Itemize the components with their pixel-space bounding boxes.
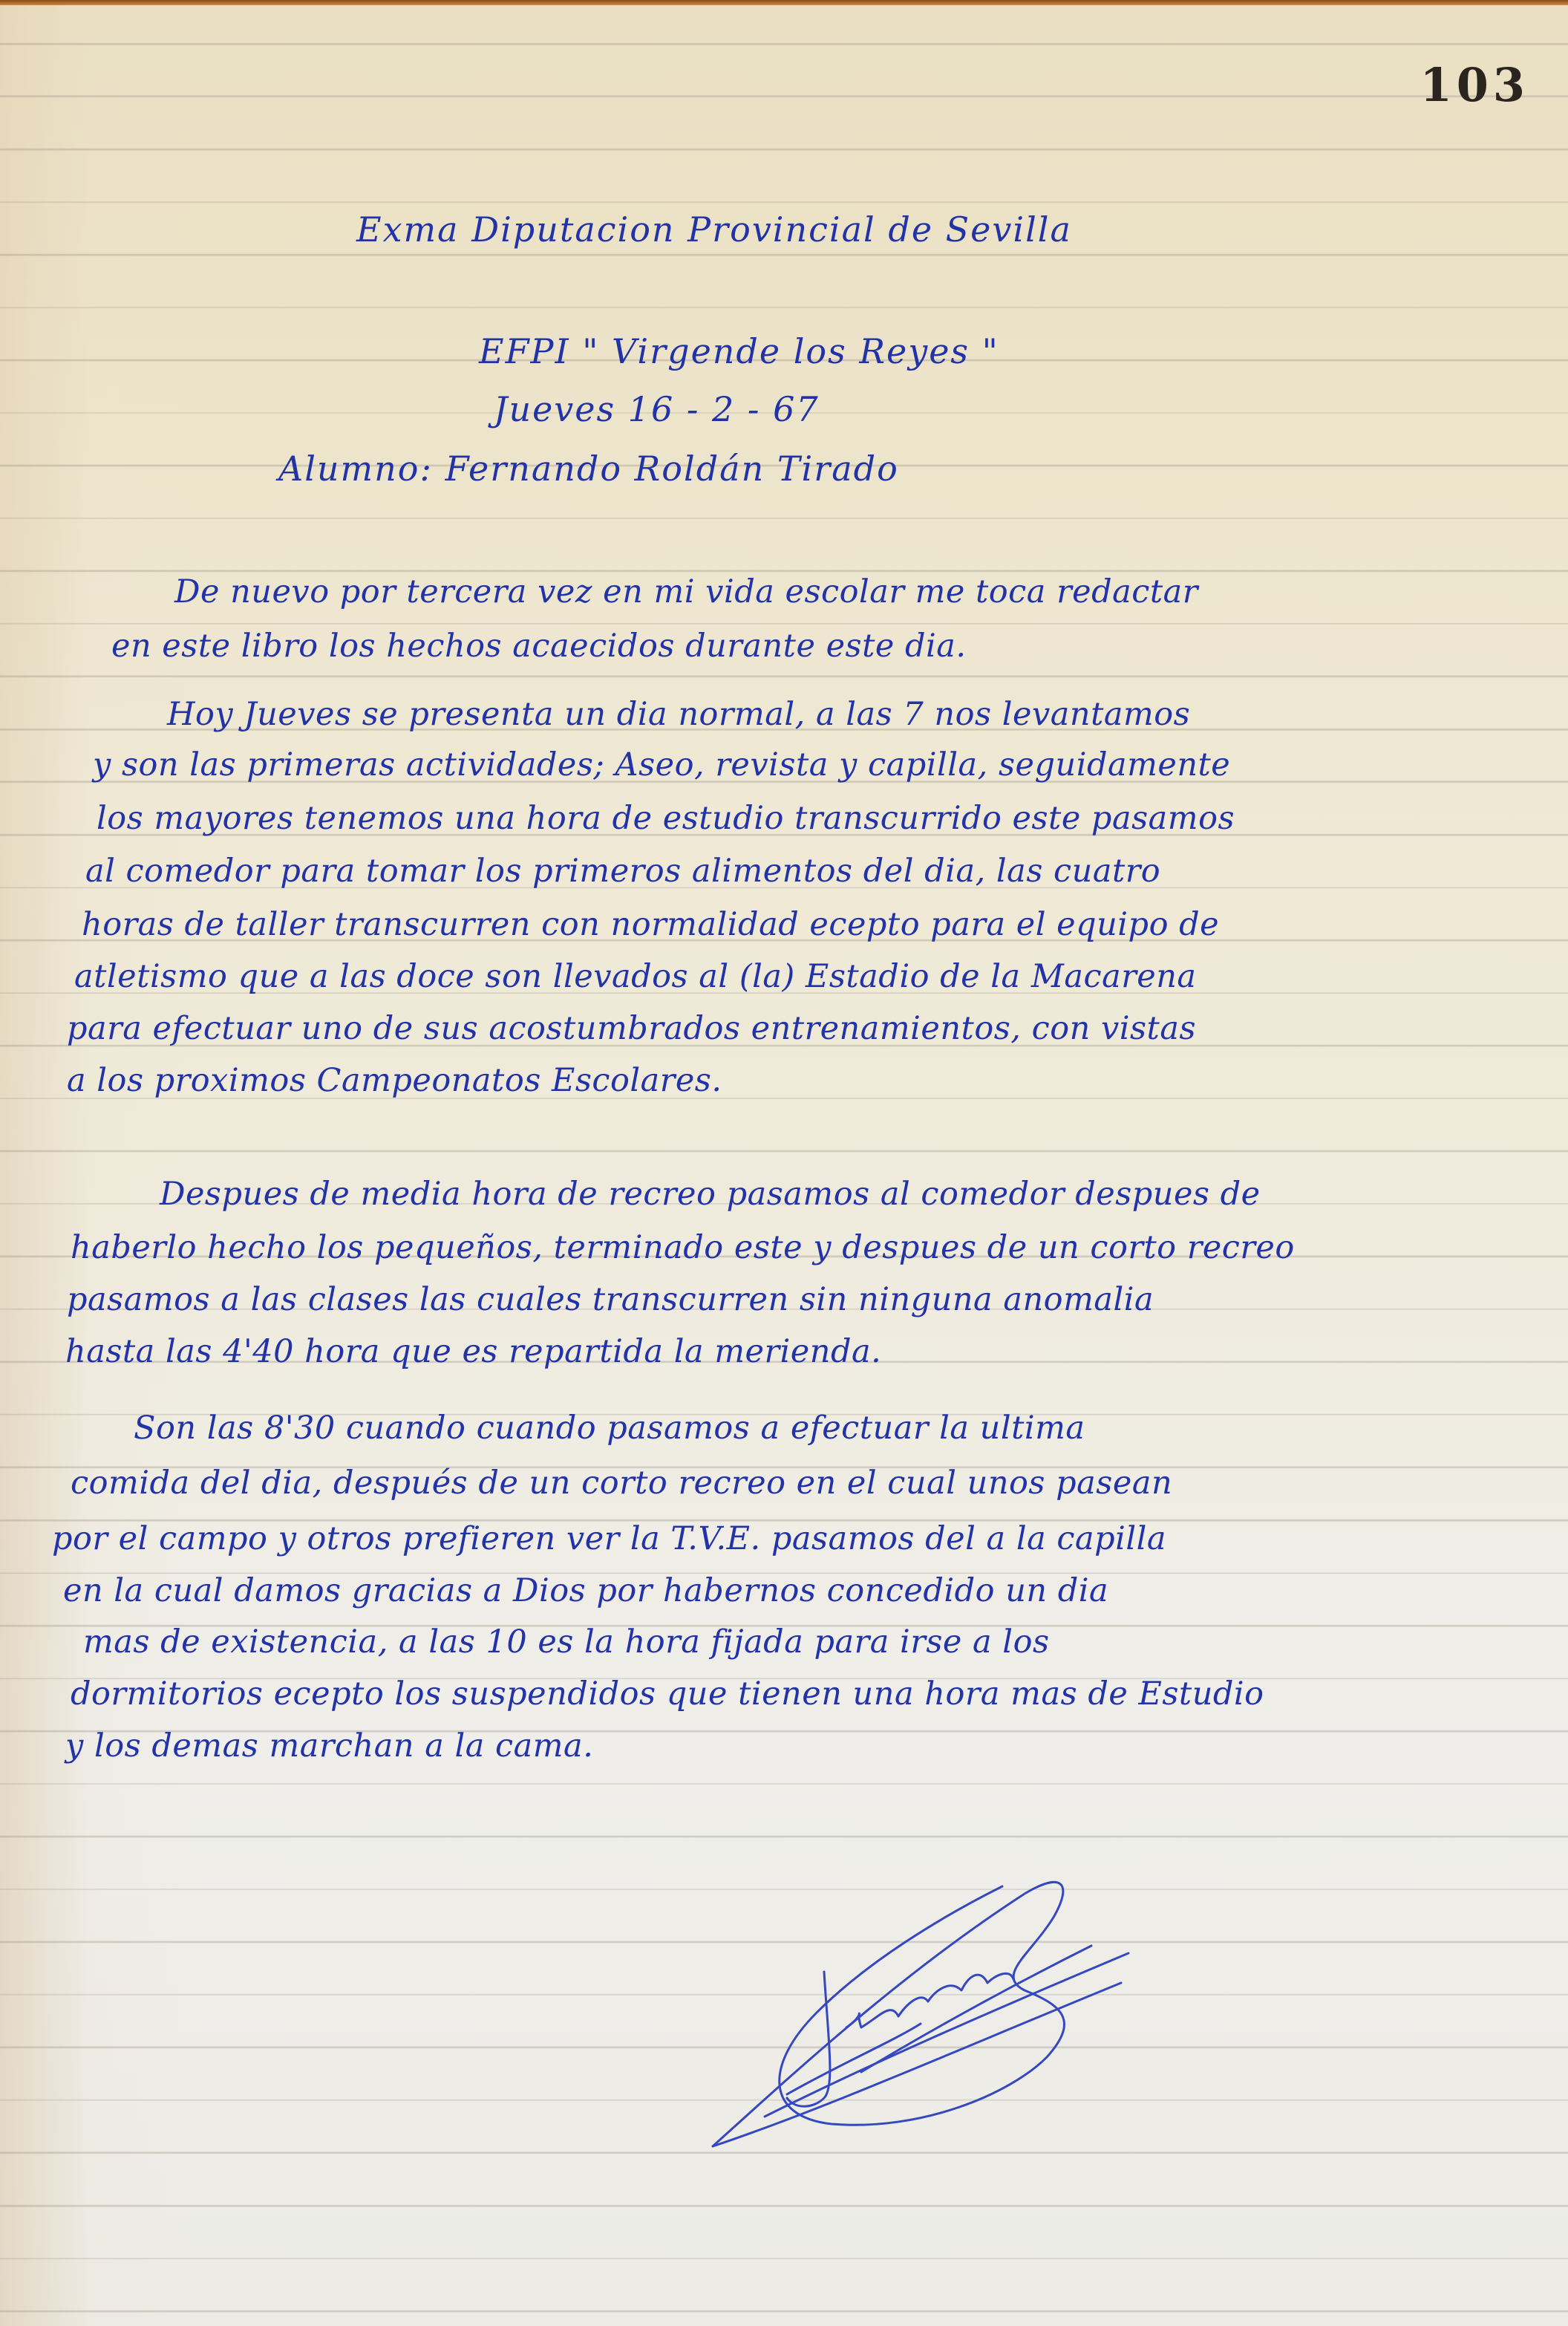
header-date: Jueves 16 - 2 - 67 (494, 389, 820, 429)
header-student: Alumno: Fernando Roldán Tirado (278, 449, 899, 489)
body-line: hasta las 4'40 hora que es repartida la … (65, 1333, 881, 1370)
body-line: atletismo que a las doce son llevados al… (74, 958, 1197, 995)
page-number: 103 (1420, 58, 1529, 112)
body-line: horas de taller transcurren con normalid… (82, 906, 1219, 943)
body-line: Son las 8'30 cuando cuando pasamos a efe… (134, 1410, 1085, 1447)
body-line: mas de existencia, a las 10 es la hora f… (83, 1623, 1050, 1661)
body-line: los mayores tenemos una hora de estudio … (97, 800, 1235, 837)
handwritten-page: 103 Exma Diputacion Provincial de Sevill… (0, 0, 1568, 2326)
body-line: haberlo hecho los pequeños, terminado es… (71, 1229, 1295, 1266)
body-line: pasamos a las clases las cuales transcur… (67, 1281, 1154, 1318)
page-top-edge (0, 0, 1568, 5)
signature-icon (676, 1842, 1210, 2154)
body-line: De nuevo por tercera vez en mi vida esco… (174, 573, 1198, 610)
body-line: al comedor para tomar los primeros alime… (85, 853, 1160, 890)
body-line: Despues de media hora de recreo pasamos … (160, 1176, 1261, 1213)
body-line: en este libro los hechos acaecidos duran… (111, 628, 967, 665)
body-line: dormitorios ecepto los suspendidos que t… (71, 1675, 1264, 1713)
body-line: para efectuar uno de sus acostumbrados e… (67, 1010, 1196, 1047)
body-line: Hoy Jueves se presenta un dia normal, a … (167, 696, 1190, 733)
body-line: a los proximos Campeonatos Escolares. (67, 1062, 722, 1099)
body-line: y son las primeras actividades; Aseo, re… (93, 746, 1230, 784)
body-line: comida del dia, después de un corto recr… (71, 1465, 1172, 1502)
body-line: en la cual damos gracias a Dios por habe… (63, 1572, 1108, 1609)
body-line: y los demas marchan a la cama. (65, 1727, 593, 1765)
body-line: por el campo y otros prefieren ver la T.… (52, 1520, 1166, 1557)
header-institution: Exma Diputacion Provincial de Sevilla (356, 209, 1072, 250)
header-school: EFPI " Virgende los Reyes " (479, 331, 999, 371)
